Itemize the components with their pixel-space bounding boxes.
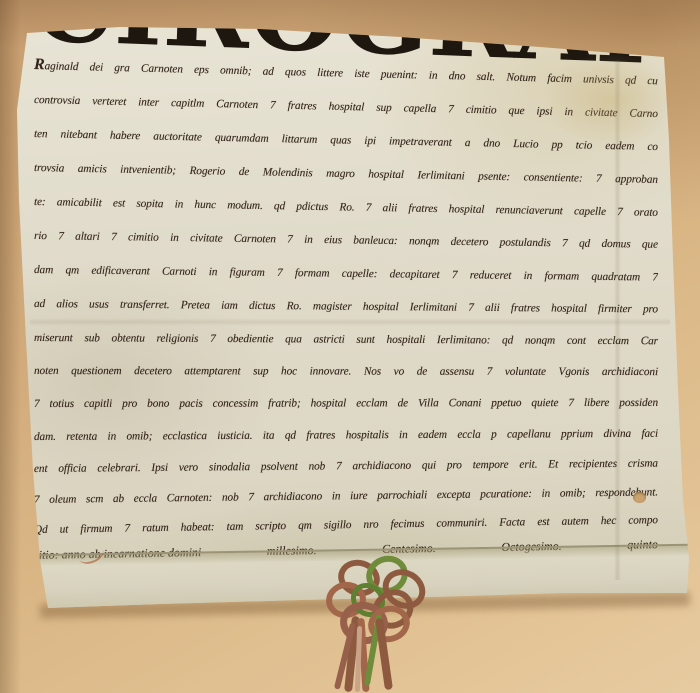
horizontal-crease bbox=[30, 318, 670, 326]
photo-of-charter: C I R O G R A P H U M Raginald dei gra C… bbox=[0, 0, 700, 693]
charter-text-line: Qd ut firmum 7 ratum habeat: tam scripto… bbox=[34, 512, 658, 539]
heading-letter: H bbox=[672, 0, 700, 85]
parchment-stain bbox=[545, 52, 677, 148]
charter-text-line: 7 oleum scm ab eccla Carnoten: nob 7 arc… bbox=[34, 484, 658, 509]
charter-text-line: dam qm edificaverant Carnoti in figuram … bbox=[34, 262, 658, 287]
heading-letter: O bbox=[248, 0, 342, 69]
parchment-hole bbox=[633, 492, 646, 503]
braided-seal-cord bbox=[320, 556, 432, 693]
charter-text-line: 7 totius capitli pro bono pacis concessi… bbox=[34, 395, 658, 413]
heading-letter: C bbox=[30, 0, 117, 61]
charter-text-line: ent officia celebrari. Ipsi vero sinodal… bbox=[34, 456, 658, 478]
heading-letter: G bbox=[338, 0, 431, 73]
charter-text-line: noten questionem decetero attemptarent s… bbox=[34, 363, 658, 381]
heading-letter: I bbox=[113, 0, 166, 63]
heading-letter: R bbox=[427, 0, 517, 76]
charter-text-line: trovsia amicis intvenientib; Rogerio de … bbox=[34, 160, 658, 189]
charter-text-line: ad alios usus transferret. Pretea iam di… bbox=[34, 296, 658, 318]
charter-text-line: rio 7 altari 7 cimitio in civitate Carno… bbox=[34, 228, 658, 254]
charter-text-line: miserunt sub obtentu religionis 7 obedie… bbox=[34, 330, 658, 350]
heading-letter: R bbox=[161, 0, 251, 66]
charter-text-line: te: amicabilit est sopita in hunc modum.… bbox=[34, 194, 658, 222]
charter-text-line: dam. retenta in omib; ecclastica iustici… bbox=[34, 426, 658, 446]
